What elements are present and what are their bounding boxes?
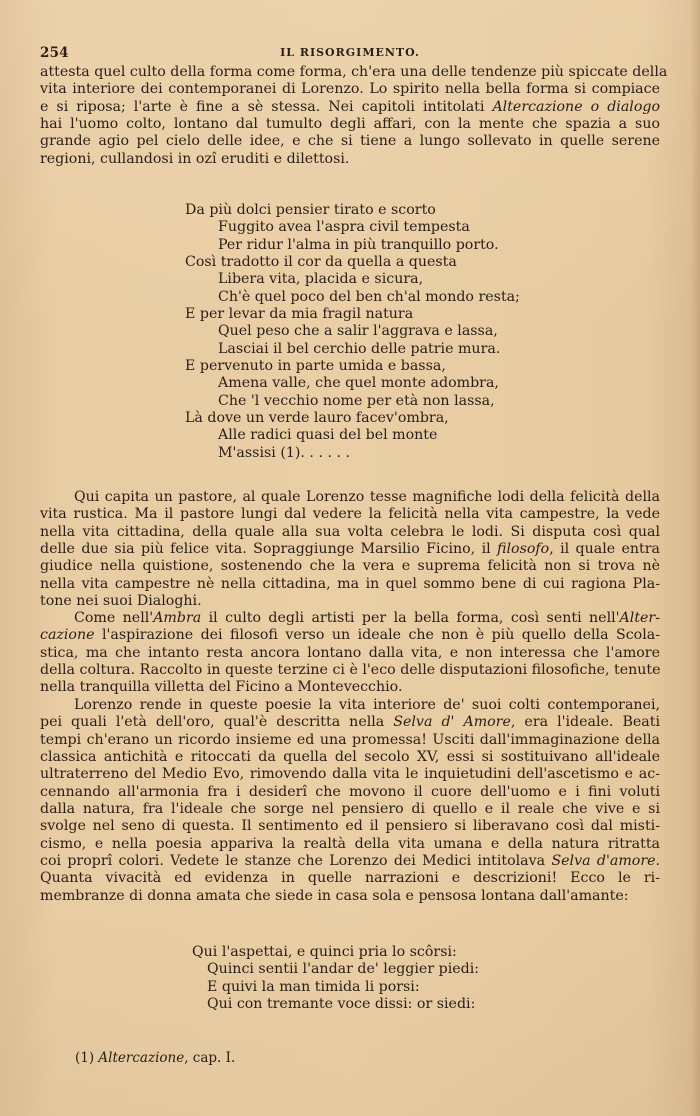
paragraph-1: attesta quel culto della forma come form… xyxy=(40,64,660,168)
text-segment: delle due sia più felice vita. Sopraggiu… xyxy=(40,541,497,557)
poem-verse: Che 'l vecchio nome per età non lassa, xyxy=(185,393,520,410)
footnote: (1) Altercazione, cap. I. xyxy=(75,1050,235,1066)
text-line: classica antichità e ritoccati da quella… xyxy=(40,749,660,766)
text-segment: il culto degli artisti per la bella form… xyxy=(201,610,619,626)
text-segment: pei quali l'età dell'oro, qual'è descrit… xyxy=(40,714,393,730)
page-edge-shadow xyxy=(690,0,700,1116)
paragraph-2: Qui capita un pastore, al quale Lorenzo … xyxy=(40,489,660,610)
poem-verse: Per ridur l'alma in più tranquillo porto… xyxy=(185,237,520,254)
poem-verse: Quinci sentii l'andar de' leggier piedi: xyxy=(192,961,479,978)
poem-verse: E pervenuto in parte umida e bassa, xyxy=(185,358,520,375)
text-line: tone nei suoi Dialoghi. xyxy=(40,593,660,610)
text-line: nella tranquilla villetta del Ficino a M… xyxy=(40,679,660,696)
poem-verse: Qui l'aspettai, e quinci pria lo scôrsi: xyxy=(192,944,479,961)
text-line: delle due sia più felice vita. Sopraggiu… xyxy=(40,541,660,558)
poem-verse: Lasciai il bel cerchio delle patrie mura… xyxy=(185,341,520,358)
poem-verse: Libera vita, placida e sicura, xyxy=(185,271,520,288)
italic-title: Ambra xyxy=(153,610,201,626)
text-line: grande agio pel cielo delle idee, e che … xyxy=(40,133,660,150)
running-title: IL RISORGIMENTO. xyxy=(40,46,660,59)
poem-1: Da più dolci pensier tirato e scortoFugg… xyxy=(185,202,520,462)
poem-2: Qui l'aspettai, e quinci pria lo scôrsi:… xyxy=(192,944,479,1013)
text-segment: , il quale entra xyxy=(549,541,660,557)
poem-verse: Amena valle, che quel monte adombra, xyxy=(185,375,520,392)
text-line: pei quali l'età dell'oro, qual'è descrit… xyxy=(40,714,660,731)
text-segment: . xyxy=(656,853,661,869)
poem-verse: Da più dolci pensier tirato e scorto xyxy=(185,202,520,219)
text-line: nella vita cittadina, della quale alla s… xyxy=(40,524,660,541)
text-line: cazione l'aspirazione dei filosofi verso… xyxy=(40,627,660,644)
text-line: nella vita campestre nè nella cittadina,… xyxy=(40,576,660,593)
text-line: dalla natura, fra l'ideale che sorge nel… xyxy=(40,801,660,818)
text-line: stica, ma che intanto resta ancora lonta… xyxy=(40,645,660,662)
paragraph-3: Come nell'Ambra il culto degli artisti p… xyxy=(40,610,660,697)
text-line: regioni, cullandosi in ozî eruditi e dil… xyxy=(40,151,660,168)
text-line: ultraterreno del Medio Evo, rimovendo da… xyxy=(40,766,660,783)
text-line: Qui capita un pastore, al quale Lorenzo … xyxy=(40,489,660,506)
poem-verse: Qui con tremante voce dissi: or siedi: xyxy=(192,996,479,1013)
text-line: tempi ch'erano un ricordo insieme ed una… xyxy=(40,732,660,749)
text-line: svolge nel seno di questa. Il sentimento… xyxy=(40,818,660,835)
text-line: vita rustica. Ma il pastore lungi dal ve… xyxy=(40,506,660,523)
page-header: 254 IL RISORGIMENTO. xyxy=(40,45,660,63)
italic-title: filosofo xyxy=(497,541,549,557)
poem-verse: Là dove un verde lauro facev'ombra, xyxy=(185,410,520,427)
italic-title: Altercazione o dialogo xyxy=(492,99,660,115)
poem-verse: Fuggito avea l'aspra civil tempesta xyxy=(185,219,520,236)
text-line: Quanta vivacità ed evidenza in quelle na… xyxy=(40,870,660,887)
text-segment: e si riposa; l'arte è fine a sè stessa. … xyxy=(40,99,492,115)
poem-verse: E per levar da mia fragil natura xyxy=(185,306,520,323)
italic-title: cazione xyxy=(40,627,95,643)
text-line: e si riposa; l'arte è fine a sè stessa. … xyxy=(40,99,660,116)
text-segment: l'aspirazione dei filosofi verso un idea… xyxy=(95,627,661,643)
text-segment: coi proprî colori. Vedete le stanze che … xyxy=(40,853,551,869)
footnote-text: , cap. I. xyxy=(184,1050,235,1066)
poem-verse: Ch'è quel poco del ben ch'al mondo resta… xyxy=(185,289,520,306)
text-line: membranze di donna amata che siede in ca… xyxy=(40,888,660,905)
footnote-title: Altercazione xyxy=(98,1050,184,1066)
text-line: coi proprî colori. Vedete le stanze che … xyxy=(40,853,660,870)
text-segment: Come nell' xyxy=(74,610,153,626)
footnote-mark: (1) xyxy=(75,1050,94,1066)
italic-title: Selva d' Amore xyxy=(393,714,511,730)
text-line: attesta quel culto della forma come form… xyxy=(40,64,660,81)
text-line: vita interiore dei contemporanei di Lore… xyxy=(40,81,660,98)
text-line: Come nell'Ambra il culto degli artisti p… xyxy=(40,610,660,627)
text-line: cennando all'armonia fra i desiderî che … xyxy=(40,784,660,801)
poem-verse: M'assisi (1). . . . . . xyxy=(185,445,520,462)
poem-verse: Quel peso che a salir l'aggrava e lassa, xyxy=(185,323,520,340)
paragraph-4: Lorenzo rende in queste poesie la vita i… xyxy=(40,697,660,905)
poem-verse: E quivi la man timida li porsi: xyxy=(192,979,479,996)
italic-title: Selva d'amore xyxy=(551,853,655,869)
poem-verse: Alle radici quasi del bel monte xyxy=(185,427,520,444)
italic-title: Alter- xyxy=(620,610,660,626)
text-line: giudice nella quistione, sostenendo che … xyxy=(40,558,660,575)
text-line: della coltura. Raccolto in queste terzin… xyxy=(40,662,660,679)
text-line: hai l'uomo colto, lontano dal tumulto de… xyxy=(40,116,660,133)
text-line: Lorenzo rende in queste poesie la vita i… xyxy=(40,697,660,714)
text-line: cismo, e nella poesia appariva la realtà… xyxy=(40,836,660,853)
text-segment: , era l'ideale. Beati xyxy=(511,714,660,730)
poem-verse: Così tradotto il cor da quella a questa xyxy=(185,254,520,271)
